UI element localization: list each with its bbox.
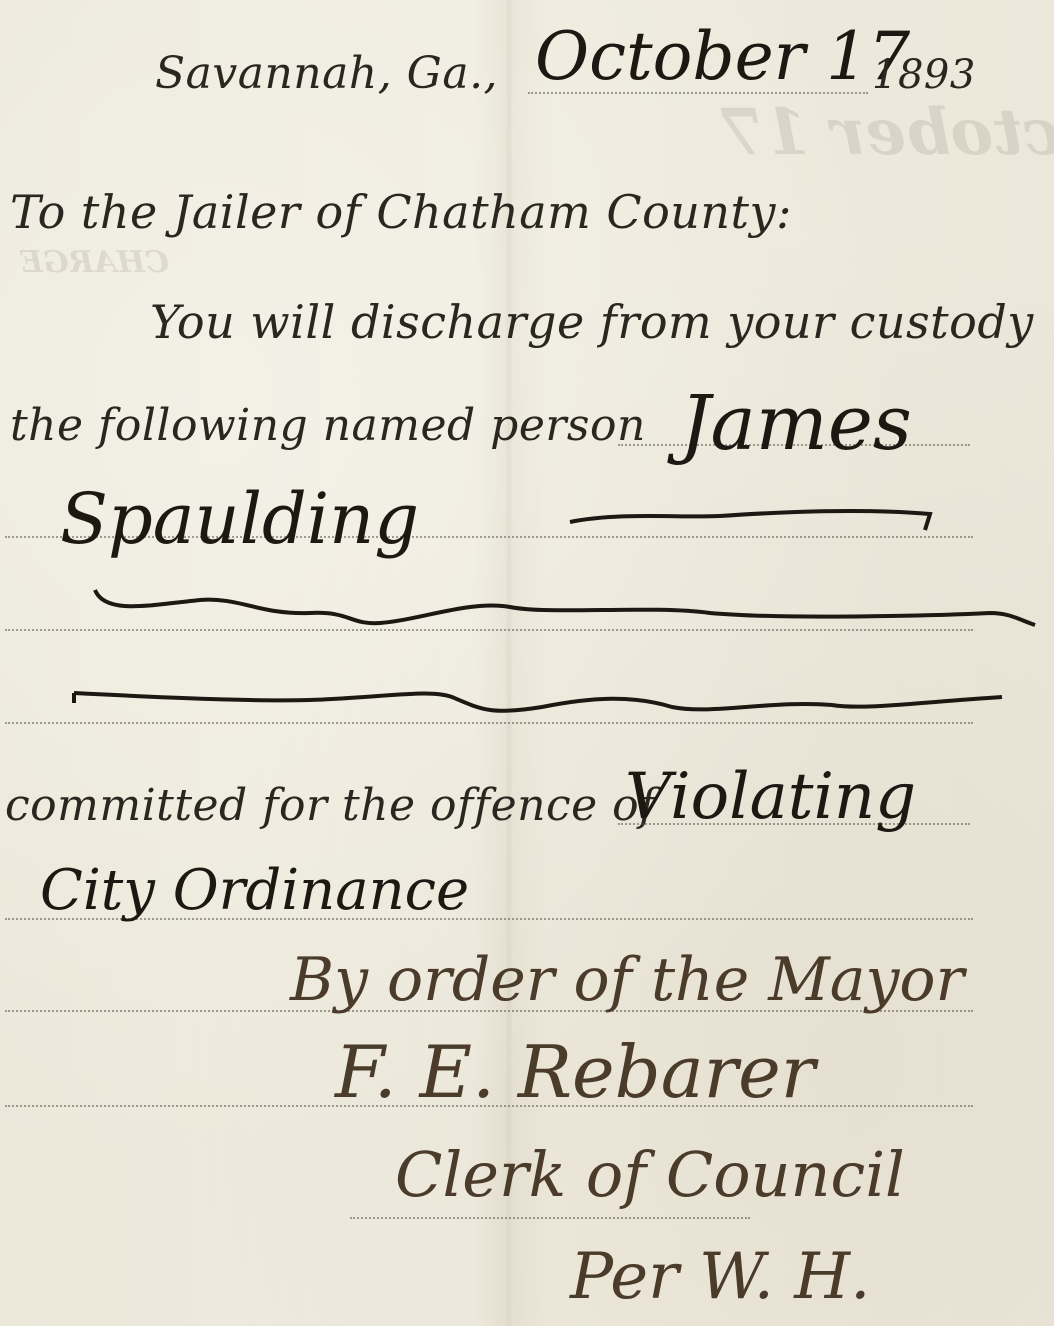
place-printed: Savannah, Ga., — [155, 48, 498, 99]
filler-dash-1 — [560, 500, 940, 540]
person-last-name: Spaulding — [60, 478, 419, 560]
salutation: To the Jailer of Chatham County: — [10, 185, 792, 239]
filler-rule-2 — [5, 722, 973, 724]
body-line-1: You will discharge from your custody — [150, 295, 1034, 349]
offence-label: committed for the offence of — [5, 780, 656, 831]
filler-wave-line-2 — [72, 685, 1022, 725]
bleed-through-heading: CHARGE — [20, 245, 169, 280]
date-handwritten: October 17 — [535, 18, 910, 95]
per-initials: Per W. H. — [570, 1240, 870, 1314]
document-page: October 17 CHARGE Savannah, Ga., October… — [0, 0, 1054, 1326]
offence-handwritten-1: Violating — [625, 760, 916, 834]
signature-rule-3 — [350, 1217, 750, 1219]
named-person-label: the following named person — [10, 400, 646, 451]
signer-title: Clerk of Council — [395, 1138, 905, 1211]
signer-name: F. E. Rebarer — [335, 1030, 815, 1114]
filler-wave-line-1 — [90, 585, 1040, 635]
offence-handwritten-2: City Ordinance — [40, 858, 469, 923]
year-printed: 1893 — [872, 52, 976, 98]
bleed-through-date: October 17 — [720, 95, 1054, 170]
person-first-name: James — [680, 378, 912, 467]
authority-line: By order of the Mayor — [290, 945, 964, 1015]
filler-rule-1 — [5, 629, 973, 631]
